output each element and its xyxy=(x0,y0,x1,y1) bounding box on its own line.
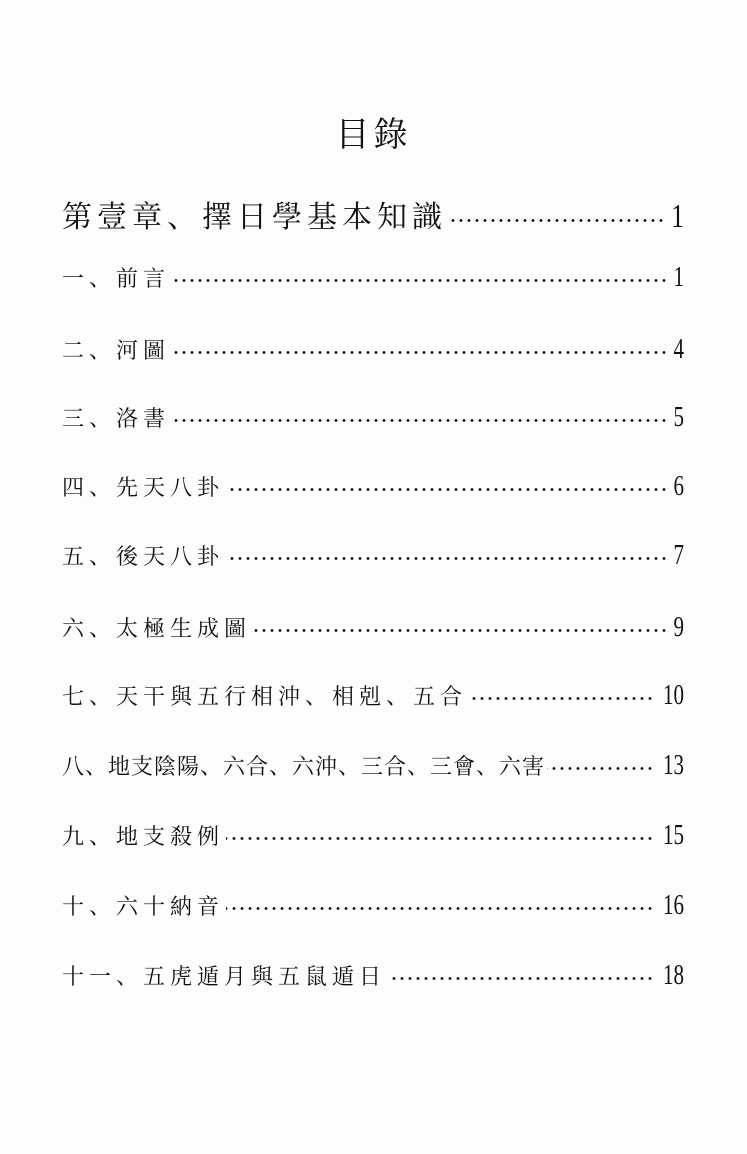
toc-page-number: 16 xyxy=(663,890,684,922)
dot-leader xyxy=(226,473,668,495)
toc-entry[interactable]: 四、先天八卦 6 xyxy=(62,471,684,503)
toc-entry[interactable]: 一、前言 1 xyxy=(62,262,684,294)
toc-entry[interactable]: 十一、五虎遁月與五鼠遁日 18 xyxy=(62,960,684,992)
toc-page-number: 10 xyxy=(663,680,684,712)
dot-leader xyxy=(547,752,654,774)
dot-leader xyxy=(388,962,654,984)
toc-page-number: 5 xyxy=(674,402,685,434)
dot-leader xyxy=(253,614,668,636)
toc-entry-label: 八、地支陰陽、六合、六沖、三合、三會、六害 xyxy=(62,750,545,781)
dot-leader xyxy=(226,822,654,844)
toc-entry-label: 十、六十納音 xyxy=(62,890,224,921)
toc-entry[interactable]: 三、洛書 5 xyxy=(62,402,684,434)
toc-entry[interactable]: 八、地支陰陽、六合、六沖、三合、三會、六害 13 xyxy=(62,750,684,782)
toc-page-number: 1 xyxy=(674,262,685,294)
toc-entry[interactable]: 五、後天八卦 7 xyxy=(62,540,684,572)
toc-page-number: 6 xyxy=(674,471,685,503)
toc-entry-label: 三、洛書 xyxy=(62,402,170,433)
toc-page-number: 15 xyxy=(663,820,684,852)
toc-page-number: 18 xyxy=(663,960,684,992)
toc-chapter-1[interactable]: 第壹章、擇日學基本知識 1 xyxy=(62,192,684,236)
dot-leader xyxy=(226,892,654,914)
dot-leader xyxy=(469,682,654,704)
dot-leader xyxy=(172,264,668,286)
toc-page-number: 1 xyxy=(671,198,684,236)
toc-entry[interactable]: 六、太極生成圖 9 xyxy=(62,612,684,644)
toc-entry-label: 二、河圖 xyxy=(62,334,170,365)
dot-leader xyxy=(449,197,665,227)
toc-entry-label: 第壹章、擇日學基本知識 xyxy=(62,192,447,236)
toc-page-number: 4 xyxy=(674,334,685,366)
toc-entry-label: 十一、五虎遁月與五鼠遁日 xyxy=(62,960,386,991)
toc-entry[interactable]: 七、天干與五行相沖、相剋、五合 10 xyxy=(62,680,684,712)
page-title: 目錄 xyxy=(0,110,747,160)
dot-leader xyxy=(226,542,668,564)
toc-page-number: 9 xyxy=(674,612,685,644)
toc-entry-label: 九、地支殺例 xyxy=(62,820,224,851)
dot-leader xyxy=(172,336,668,358)
toc-entry-label: 四、先天八卦 xyxy=(62,471,224,502)
toc-entry[interactable]: 九、地支殺例 15 xyxy=(62,820,684,852)
toc-entry-label: 七、天干與五行相沖、相剋、五合 xyxy=(62,680,467,711)
toc-entry[interactable]: 二、河圖 4 xyxy=(62,334,684,366)
toc-entry-label: 一、前言 xyxy=(62,262,170,293)
toc-entry[interactable]: 十、六十納音 16 xyxy=(62,890,684,922)
toc-page-number: 7 xyxy=(674,540,685,572)
toc-entry-label: 五、後天八卦 xyxy=(62,540,224,571)
toc-entry-label: 六、太極生成圖 xyxy=(62,612,251,643)
toc-page-number: 13 xyxy=(663,750,684,782)
dot-leader xyxy=(172,404,668,426)
